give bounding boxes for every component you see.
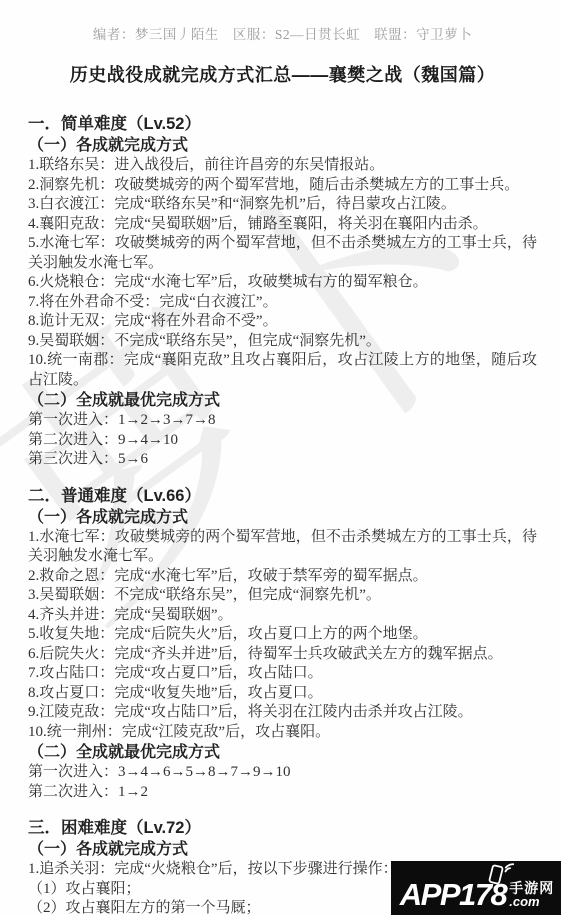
achievement-item: 5.收复失地：完成“后院失火”后，攻占夏口上方的两个地堡。 — [28, 625, 537, 645]
section-heading: 一．简单难度（Lv.52） — [28, 113, 537, 135]
achievement-item: 3.白衣渡江：完成“联络东吴”和“洞察先机”后，待吕蒙攻占江陵。 — [28, 195, 537, 215]
sequence-line: 第二次进入：1→2 — [28, 783, 537, 803]
achievement-item: 4.齐头并进：完成“吴蜀联姻”。 — [28, 606, 537, 626]
sequence-line: 第三次进入：5→6 — [28, 450, 537, 470]
subsection-heading: （二）全成就最优完成方式 — [28, 742, 537, 763]
sequence-line: 第一次进入：1→2→3→7→8 — [28, 411, 537, 431]
achievement-item: 8.诡计无双：完成“将在外君命不受”。 — [28, 312, 537, 332]
subsection-heading: （一）各成就完成方式 — [28, 839, 537, 860]
document-content: 编者：梦三国丿陌生 区服：S2—日贯长虹 联盟：守卫萝卜 历史战役成就完成方式汇… — [0, 0, 561, 915]
doc-meta-line: 编者：梦三国丿陌生 区服：S2—日贯长虹 联盟：守卫萝卜 — [28, 26, 537, 43]
sequence-line: 第二次进入：9→4→10 — [28, 431, 537, 451]
document-page: 萝卜 编者：梦三国丿陌生 区服：S2—日贯长虹 联盟：守卫萝卜 历史战役成就完成… — [0, 0, 561, 915]
achievement-item: 6.火烧粮仓：完成“水淹七军”后，攻破樊城右方的蜀军粮仓。 — [28, 273, 537, 293]
app178-logo: APP178 手游网 .com — [391, 861, 561, 915]
achievement-item: 9.吴蜀联姻：不完成“联络东吴”，但完成“洞察先机”。 — [28, 332, 537, 352]
achievement-item: 1.水淹七军：攻破樊城旁的两个蜀军营地，但不击杀樊城左方的工事士兵，待关羽触发水… — [28, 528, 537, 567]
achievement-item: 2.救命之恩：完成“水淹七军”后，攻破于禁军旁的蜀军据点。 — [28, 567, 537, 587]
subsection-heading: （二）全成就最优完成方式 — [28, 390, 537, 411]
achievement-item: 7.将在外君命不受：完成“白衣渡江”。 — [28, 293, 537, 313]
achievement-item: 10.统一荆州：完成“江陵克敌”后，攻占襄阳。 — [28, 723, 537, 743]
achievement-item: 6.后院失火：完成“齐头并进”后，待蜀军士兵攻破武关左方的魏军据点。 — [28, 645, 537, 665]
achievement-item: 1.联络东吴：进入战役后，前往许昌旁的东吴情报站。 — [28, 156, 537, 176]
page-title: 历史战役成就完成方式汇总——襄樊之战（魏国篇） — [28, 64, 537, 86]
section-heading: 三．困难难度（Lv.72） — [28, 817, 537, 839]
phone-signal-icon — [483, 863, 517, 890]
section-easy: 一．简单难度（Lv.52） （一）各成就完成方式 1.联络东吴：进入战役后，前往… — [28, 113, 537, 470]
sequence-line: 第一次进入：3→4→6→5→8→7→9→10 — [28, 763, 537, 783]
achievement-item: 7.攻占陆口：完成“攻占夏口”后，攻占陆口。 — [28, 664, 537, 684]
subsection-heading: （一）各成就完成方式 — [28, 135, 537, 156]
achievement-item: 5.水淹七军：攻破樊城旁的两个蜀军营地，但不击杀樊城左方的工事士兵，待关羽触发水… — [28, 234, 537, 273]
achievement-item: 3.吴蜀联姻：不完成“联络东吴”，但完成“洞察先机”。 — [28, 586, 537, 606]
achievement-item: 10.统一南郡：完成“襄阳克敌”且攻占襄阳后，攻占江陵上方的地堡，随后攻占江陵。 — [28, 351, 537, 390]
section-heading: 二．普通难度（Lv.66） — [28, 485, 537, 507]
achievement-item: 8.攻占夏口：完成“收复失地”后，攻占夏口。 — [28, 684, 537, 704]
achievement-item: 2.洞察先机：攻破樊城旁的两个蜀军营地，随后击杀樊城左方的工事士兵。 — [28, 176, 537, 196]
section-normal: 二．普通难度（Lv.66） （一）各成就完成方式 1.水淹七军：攻破樊城旁的两个… — [28, 485, 537, 803]
subsection-heading: （一）各成就完成方式 — [28, 507, 537, 528]
achievement-item: 4.襄阳克敌：完成“吴蜀联姻”后，铺路至襄阳，将关羽在襄阳内击杀。 — [28, 215, 537, 235]
logo-domain-text: .com — [509, 895, 539, 908]
achievement-item: 9.江陵克敌：完成“攻占陆口”后，将关羽在江陵内击杀并攻占江陵。 — [28, 703, 537, 723]
